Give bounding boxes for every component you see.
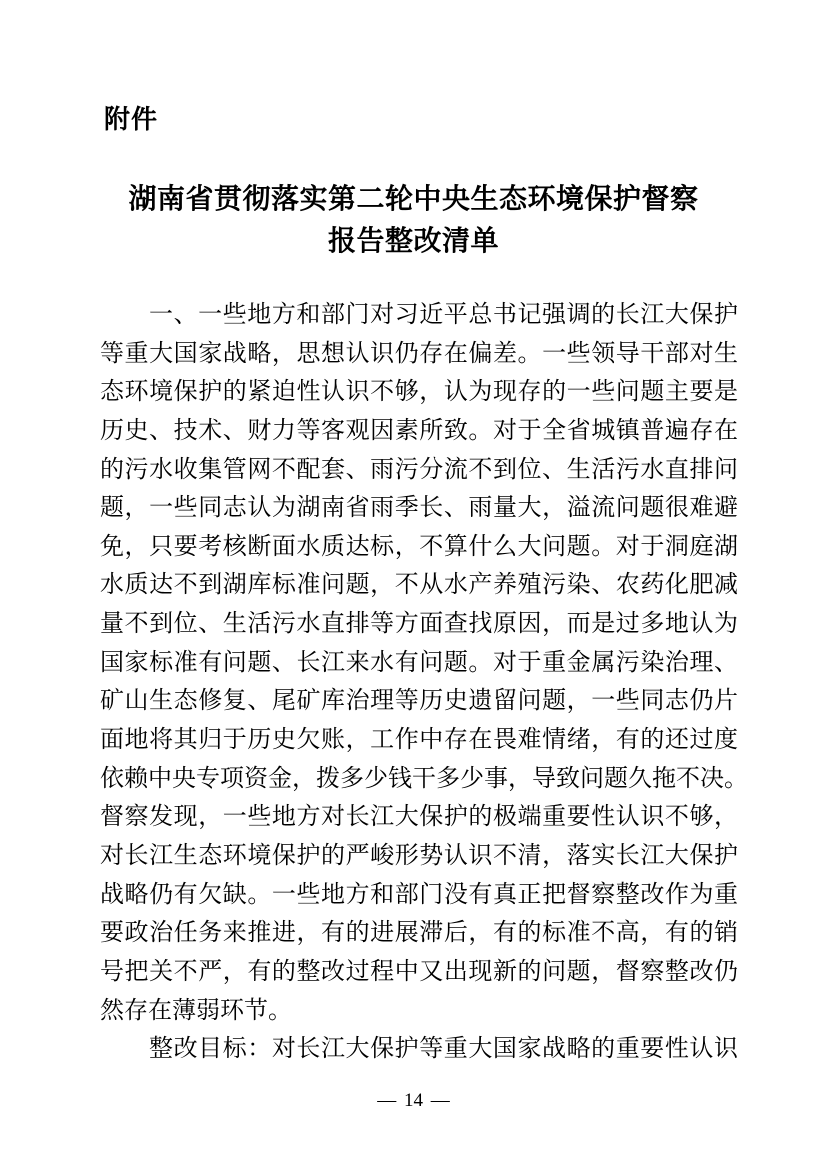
- body-line: 依赖中央专项资金，拨多少钱干多少事，导致问题久拖不决。: [100, 760, 738, 799]
- body-line: 面地将其归于历史欠账，工作中存在畏难情绪，有的还过度: [100, 721, 738, 760]
- document-title: 湖南省贯彻落实第二轮中央生态环境保护督察 报告整改清单: [0, 178, 827, 262]
- body-line: 的污水收集管网不配套、雨污分流不到位、生活污水直排问: [100, 451, 738, 490]
- body-line: 历史、技术、财力等客观因素所致。对于全省城镇普遍存在: [100, 412, 738, 451]
- body-line: 然存在薄弱环节。: [100, 992, 738, 1031]
- body-line: 号把关不严，有的整改过程中又出现新的问题，督察整改仍: [100, 953, 738, 992]
- body-line: 对长江生态环境保护的严峻形势认识不清，落实长江大保护: [100, 837, 738, 876]
- document-body: 一、一些地方和部门对习近平总书记强调的长江大保护等重大国家战略，思想认识仍存在偏…: [100, 296, 738, 1069]
- body-line: 督察发现，一些地方对长江大保护的极端重要性认识不够，: [100, 798, 738, 837]
- body-line: 整改目标：对长江大保护等重大国家战略的重要性认识: [100, 1030, 738, 1069]
- document-title-line1: 湖南省贯彻落实第二轮中央生态环境保护督察: [0, 178, 827, 220]
- body-line: 水质达不到湖库标准问题，不从水产养殖污染、农药化肥减: [100, 566, 738, 605]
- body-line: 免，只要考核断面水质达标，不算什么大问题。对于洞庭湖: [100, 528, 738, 567]
- attachment-label: 附件: [104, 102, 158, 136]
- body-line: 战略仍有欠缺。一些地方和部门没有真正把督察整改作为重: [100, 876, 738, 915]
- body-line: 态环境保护的紧迫性认识不够，认为现存的一些问题主要是: [100, 373, 738, 412]
- body-line: 要政治任务来推进，有的进展滞后，有的标准不高，有的销: [100, 914, 738, 953]
- body-line: 一、一些地方和部门对习近平总书记强调的长江大保护: [100, 296, 738, 335]
- body-line: 量不到位、生活污水直排等方面查找原因，而是过多地认为: [100, 605, 738, 644]
- document-page: 附件 湖南省贯彻落实第二轮中央生态环境保护督察 报告整改清单 一、一些地方和部门…: [0, 0, 827, 1169]
- body-line: 矿山生态修复、尾矿库治理等历史遗留问题，一些同志仍片: [100, 682, 738, 721]
- document-title-line2: 报告整改清单: [0, 220, 827, 262]
- page-number: — 14 —: [0, 1091, 827, 1111]
- body-line: 国家标准有问题、长江来水有问题。对于重金属污染治理、: [100, 644, 738, 683]
- body-line: 等重大国家战略，思想认识仍存在偏差。一些领导干部对生: [100, 335, 738, 374]
- body-line: 题，一些同志认为湖南省雨季长、雨量大，溢流问题很难避: [100, 489, 738, 528]
